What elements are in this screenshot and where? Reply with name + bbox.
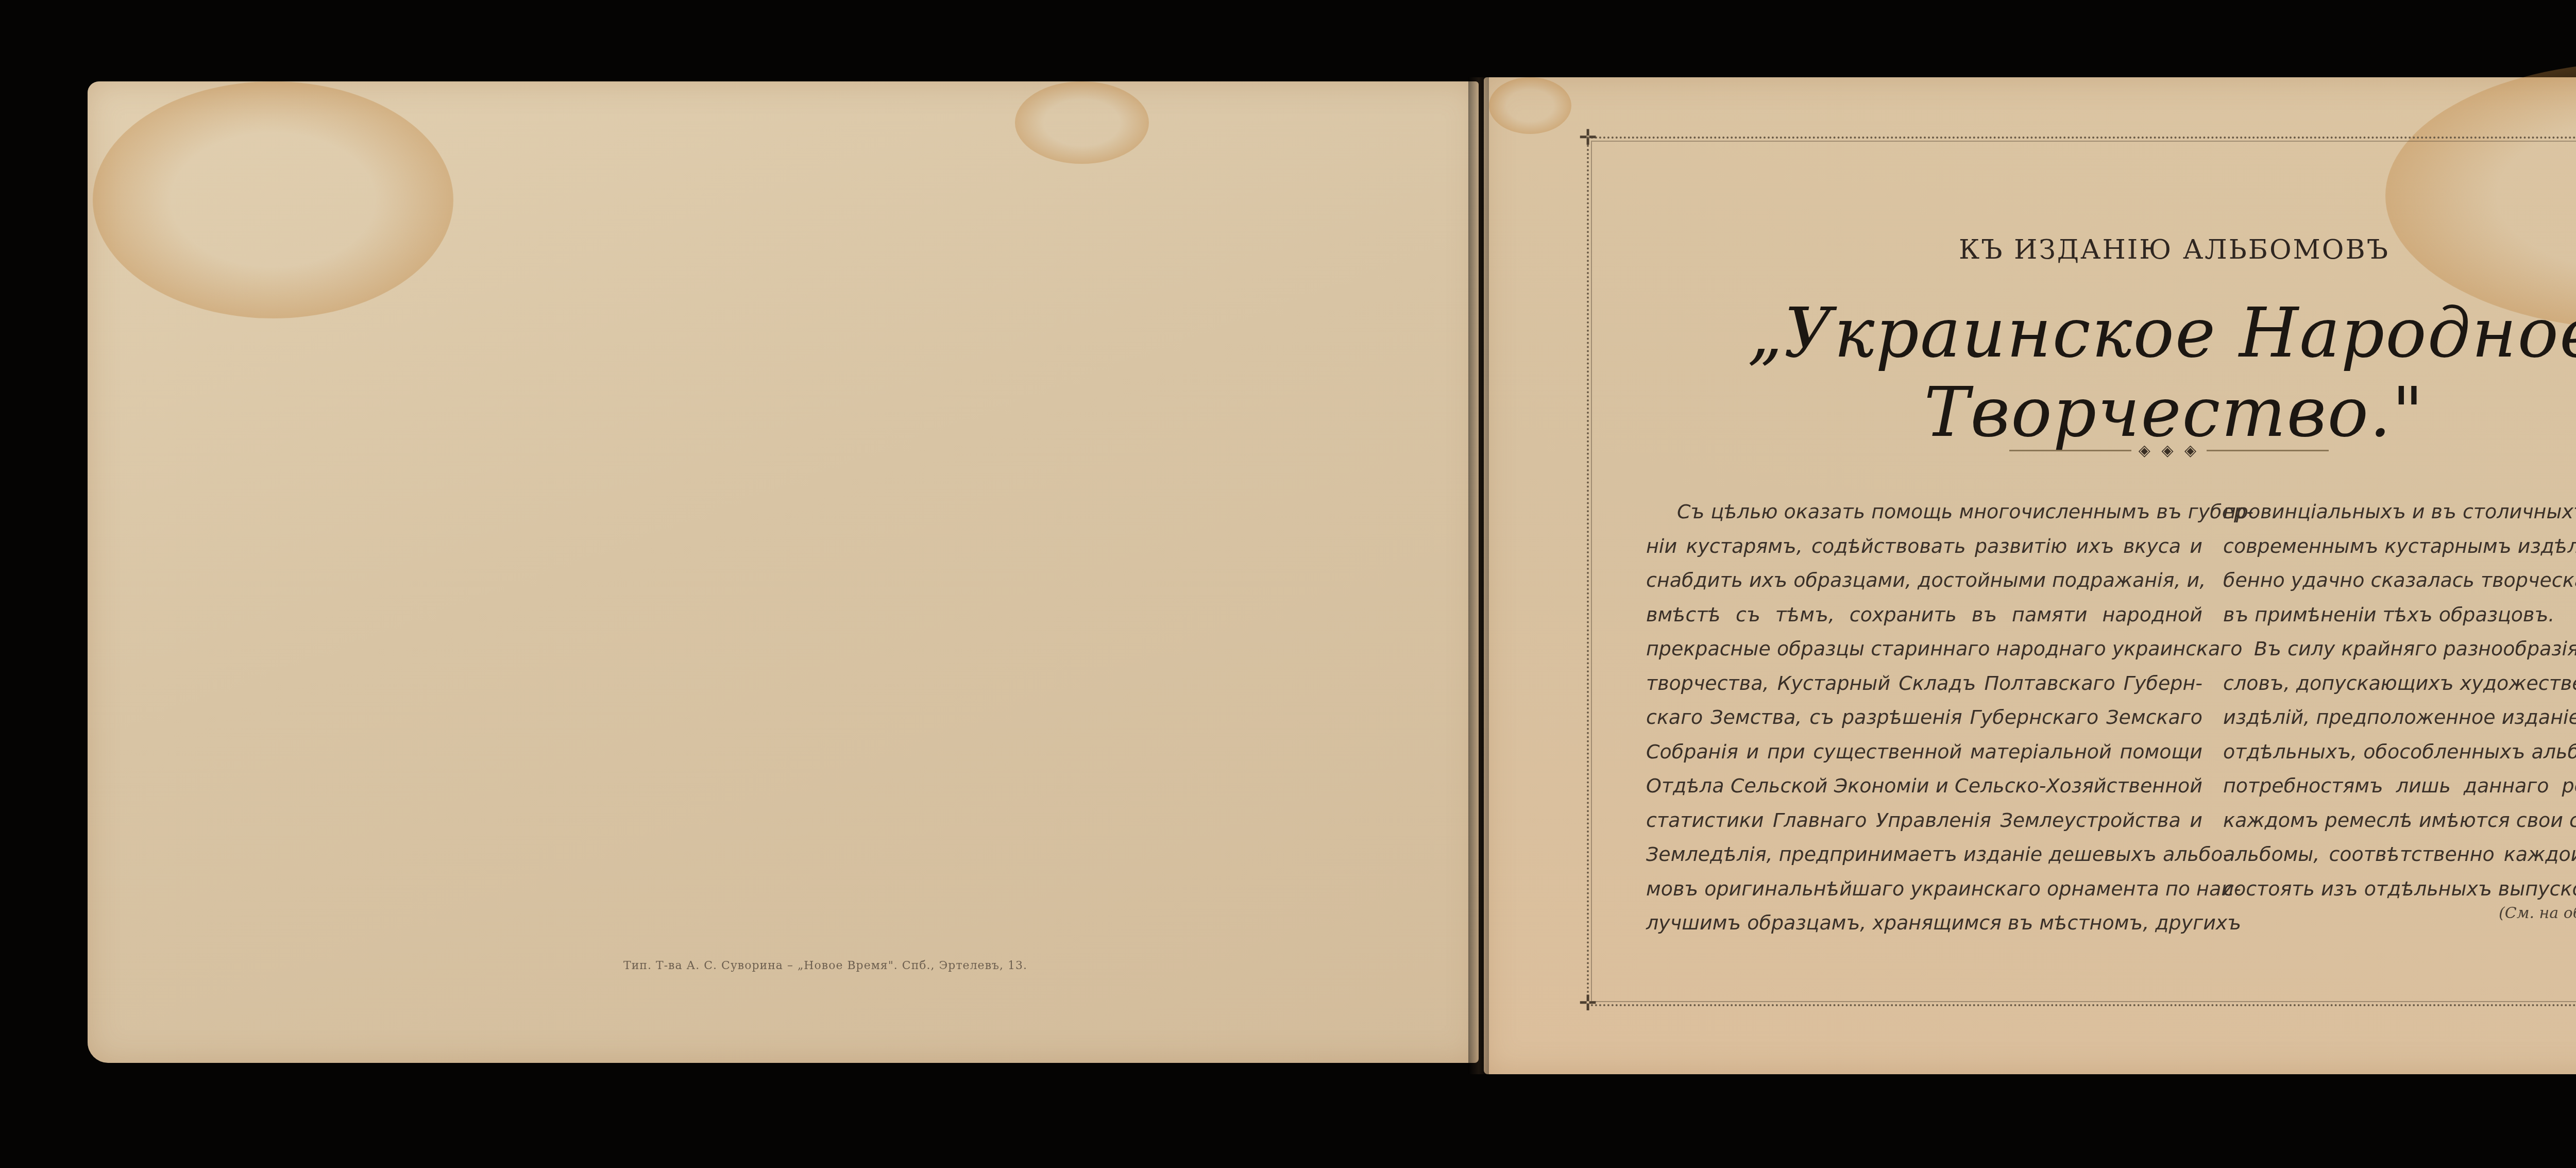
text-line: ніи кустарямъ, содѣйствовать развитію их… (1646, 529, 2202, 564)
water-stain (1489, 77, 1571, 134)
text-line: Отдѣла Сельской Экономіи и Сельско-Хозяй… (1646, 769, 2202, 803)
ornamental-separator: ◈ ◈ ◈ (2009, 444, 2329, 456)
text-line: мовъ оригинальнѣйшаго украинскаго орнаме… (1646, 872, 2202, 906)
corner-ornament-icon: ✛ (1578, 127, 1598, 148)
printer-imprint: Тип. Т-ва А. С. Суворина – „Новое Время"… (623, 959, 1027, 972)
water-stain (93, 81, 453, 318)
text-line: альбомы, соотвѣтственно каждой изъ нихъ,… (2223, 837, 2576, 872)
text-line: словъ, допускающихъ художественную орнам… (2223, 666, 2576, 701)
text-line: снабдить ихъ образцами, достойными подра… (1646, 563, 2202, 598)
text-line: бенно удачно сказалась творческая фантаз… (2223, 563, 2576, 598)
text-line: Собранія и при существенной матеріальной… (1646, 735, 2202, 769)
text-column-left: Съ цѣлью оказать помощь многочисленнымъ … (1646, 495, 2202, 940)
page-title: „Украинское Народное Творчество." (1587, 294, 2576, 452)
text-line: творчества, Кустарный Складъ Полтавскаго… (1646, 666, 2202, 701)
corner-ornament-icon: ✛ (1578, 993, 1598, 1013)
text-line: издѣлій, предположенное изданіе должно с… (2223, 700, 2576, 735)
text-line: въ примѣненіи тѣхъ образцовъ. (2223, 598, 2576, 632)
text-line: отдѣльныхъ, обособленныхъ альбомовъ, отв… (2223, 735, 2576, 769)
page-kicker: КЪ ИЗДАНІЮ АЛЬБОМОВЪ (1587, 234, 2576, 265)
see-over-note: (См. на оборотъ). (2499, 904, 2576, 922)
diamond-ornament-icon: ◈ ◈ ◈ (2139, 442, 2199, 460)
text-column-right: провинціальныхъ и въ столичныхъ музеяхъ,… (2223, 495, 2576, 906)
text-line: провинціальныхъ и въ столичныхъ музеяхъ,… (2223, 495, 2576, 529)
text-line: состоять изъ отдѣльныхъ выпусковъ. (2223, 872, 2576, 906)
water-stain (1015, 81, 1149, 164)
text-line: лучшимъ образцамъ, хранящимся въ мѣстном… (1646, 906, 2202, 940)
text-line: вмѣстѣ съ тѣмъ, сохранить въ памяти наро… (1646, 598, 2202, 632)
separator-rule (2207, 450, 2329, 451)
book-spine (1468, 77, 1489, 1074)
text-line: каждомъ ремеслѣ имѣются свои спеціальныя… (2223, 803, 2576, 838)
left-page (88, 81, 1479, 1063)
text-line: статистики Главнаго Управленія Землеустр… (1646, 803, 2202, 838)
text-line: потребностямъ лишь даннаго ремесла; а т.… (2223, 769, 2576, 803)
text-line: Съ цѣлью оказать помощь многочисленнымъ … (1646, 495, 2202, 529)
text-line: скаго Земства, съ разрѣшенія Губернскаго… (1646, 700, 2202, 735)
text-line: прекрасные образцы стариннаго народнаго … (1646, 632, 2202, 666)
text-line: современнымъ кустарнымъ издѣліямъ, въ ко… (2223, 529, 2576, 564)
text-line: Въ силу крайняго разнообразія кустарныхъ… (2223, 632, 2576, 666)
separator-rule (2009, 450, 2131, 451)
text-line: Земледѣлія, предпринимаетъ изданіе дешев… (1646, 837, 2202, 872)
